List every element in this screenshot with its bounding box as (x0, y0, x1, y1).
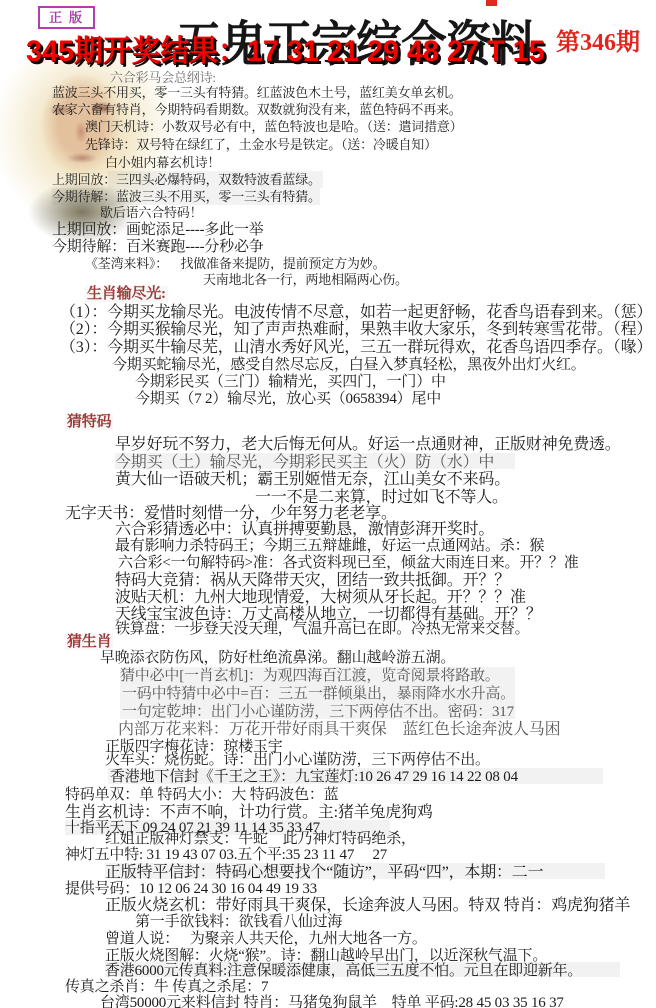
text-line: 最有影响力杀特码王；今期三五辩雄雌，好运一点通网站。杀：猴 (115, 538, 544, 554)
text-line: 一一不是二来算，时过如飞不等人。 (255, 489, 508, 506)
text-line: 澳门天机诗：小数双号必有中，蓝色特波也是哈。（送：遣词措意） (85, 120, 463, 134)
text-line: 香港6000元传真料:注意保暖添健康，高低三五度不怕。元旦在即迎新年。 (105, 963, 582, 979)
text-line: （3）：今期买牛输尽芜，山清水秀好风光，三五一群玩得欢，花香鸟语四季存。（喙） (60, 339, 652, 356)
text-line: 香港地下信封《千王之王》：九宝莲灯:10 26 47 29 16 14 22 0… (110, 769, 518, 785)
previous-draw-result: 345期开奖结果：17 31 21 29 48 27 T 15 (26, 26, 545, 70)
section-heading-caitema: 猜特码 (65, 414, 113, 430)
text-line: 今期彩民买（三门）输精光，买四门，一门）中 (135, 374, 446, 390)
text-line: 今期买（7 2）输尽光，放心买（0658394）尾中 (135, 391, 441, 407)
text-line: 内部万花来料：万花开带好雨具干爽保 蓝红色长途奔波人马困 (118, 721, 560, 738)
text-line: 特码大竞猜：祸从天降带天灾，团结一致共抵御。开？？ (115, 572, 510, 589)
text-line: （2）：今期买猴输尽光，知了声声热难耐，果熟丰收大家乐，冬到转寒雪花带。（程） (60, 321, 652, 338)
text-line: 提供号码：10 12 06 24 30 16 04 49 19 33 (65, 881, 317, 897)
lottery-tip-sheet: 正版 五鬼正宗综合资料 第346期 345期开奖结果：17 31 21 29 4… (0, 0, 656, 1008)
text-line: 今期待解：蓝波三头不用买，零一三头有特猜。 (52, 190, 321, 204)
text-line: 一码中特猜中必中=百：三五一群倾巢出，暴雨降水水升高。 (122, 686, 515, 702)
text-line: 早晚添衣防伤风，防好杜绝流鼻涕。翻山越岭游五湖。 (100, 650, 455, 666)
text-line: 正版火烧图解：火烧“猴”。诗：翻山越岭早出门，以近深秋气温下。 (105, 948, 547, 964)
text-line: 今期买（土）输尽光，今期彩民买主（火）防（水）中 (115, 454, 494, 471)
text-line: 农家六畜有特肖，今期特码看期数。双数就狗没有来，蓝色特码不再来。 (52, 103, 462, 117)
text-line: 上期回放：三四头必爆特码，双数特波看蓝绿。 (52, 173, 321, 187)
poem-section-title: 六合彩马会总纲诗: (110, 71, 216, 85)
issue-number: 第346期 (556, 22, 640, 57)
text-line: 六合彩猜透必中：认真拼搏要勤恳，激情彭湃开奖时。 (115, 521, 494, 538)
text-line: 波贴天机：九州大地现情爱，大树须从牙长起。开？？？准 (115, 589, 526, 606)
text-line: 正版特平信封：特码心想要找个“随访”，平码“四”，本期：二一 (105, 864, 543, 881)
text-line: 上期回放：画蛇添足----多此一举 (52, 222, 264, 238)
text-line: 《荃湾来料》： 找做准备来提防，提前预定方为妙。 (85, 257, 385, 271)
text-line: 猜中必中[一肖玄机]：为观四海百江渡，览奇阅景将路敢。 (120, 668, 500, 684)
text-line: 一句定乾坤：出门小心谨防涝，三下两停估不出。密码：317 (122, 704, 514, 720)
text-line: 今期买蛇输尽光，感受自然尽忘反，白昼入梦真轻松，黑夜外出灯火红。 (112, 357, 586, 373)
text-line: 蓝波三头不用买，零一三头有特猜。红蓝波色木土号，蓝红美女单玄机。 (52, 86, 462, 100)
text-line: 红姐正版神灯禁支：牛蛇 此乃神灯特码绝杀， (105, 831, 416, 847)
text-line: 台湾50000元来料信封 特肖：马猪兔狗鼠羊 特单 平码:28 45 03 35… (100, 995, 564, 1008)
red-mark-decoration (486, 0, 497, 6)
text-line: 先锋诗：双号特在绿红了，土金水号是铁定。（送：冷暖自知） (85, 138, 437, 152)
text-line: 无字天书：爱惜时刻惜一分，少年努力老老享。 (65, 505, 397, 522)
text-line: 黄大仙一语破天机；霸王别姬惜无奈，江山美女不来码。 (115, 471, 510, 488)
text-line: 神灯五中特: 31 19 43 07 03.五个平:35 23 11 47 27 (65, 847, 387, 863)
text-line: 第一手欲钱料：欲钱看八仙过海 (135, 914, 342, 930)
text-line: 正版火烧玄机：带好雨具干爽保，长途奔波人马困。特双 特肖：鸡虎狗猪羊 (105, 897, 630, 914)
text-line: 曾道人说： 为聚亲人共天伦，九州大地各一方。 (105, 931, 427, 947)
text-line: 歇后语六合特码！ (100, 206, 202, 220)
text-line: 六合彩<一句解特码>准：各式资料现已至，倾盆大雨连日来。开？？准 (118, 555, 579, 571)
text-line: 火车头：烧伤蛇。诗：出门小心谨防涝，三下两停估不出。 (105, 752, 490, 768)
text-line: （1）：今期买龙输尽光。电波传情不尽意，如若一起更舒畅，花香鸟语春到来。（惩） (60, 304, 652, 321)
section-heading-caishengxiao: 猜生肖 (65, 634, 113, 650)
section-heading-shengxiao: 生肖输尽光: (85, 286, 168, 302)
text-line: 今期待解：百米赛跑----分秒必争 (52, 239, 264, 255)
text-line: 生肖玄机诗：不声不响，计功行赏。主:猪羊兔虎狗鸡 (65, 804, 433, 821)
text-line: 特码单双：单 特码大小：大 特码波色：蓝 (65, 787, 339, 803)
text-line: 早岁好玩不努力，老大后悔无何从。好运一点通财神，正版财神免费透。 (115, 436, 621, 453)
text-line: 白小姐内幕玄机诗！ (105, 156, 220, 170)
text-line: 天南地北各一行，两地相隔两心伤。 (203, 273, 408, 287)
text-line: 铁算盘：一步登天没天理，气温升高已在即。冷热无常来交替。 (115, 621, 529, 637)
text-line: 传真之杀肖：牛 传真之杀尾：7 (65, 979, 268, 995)
